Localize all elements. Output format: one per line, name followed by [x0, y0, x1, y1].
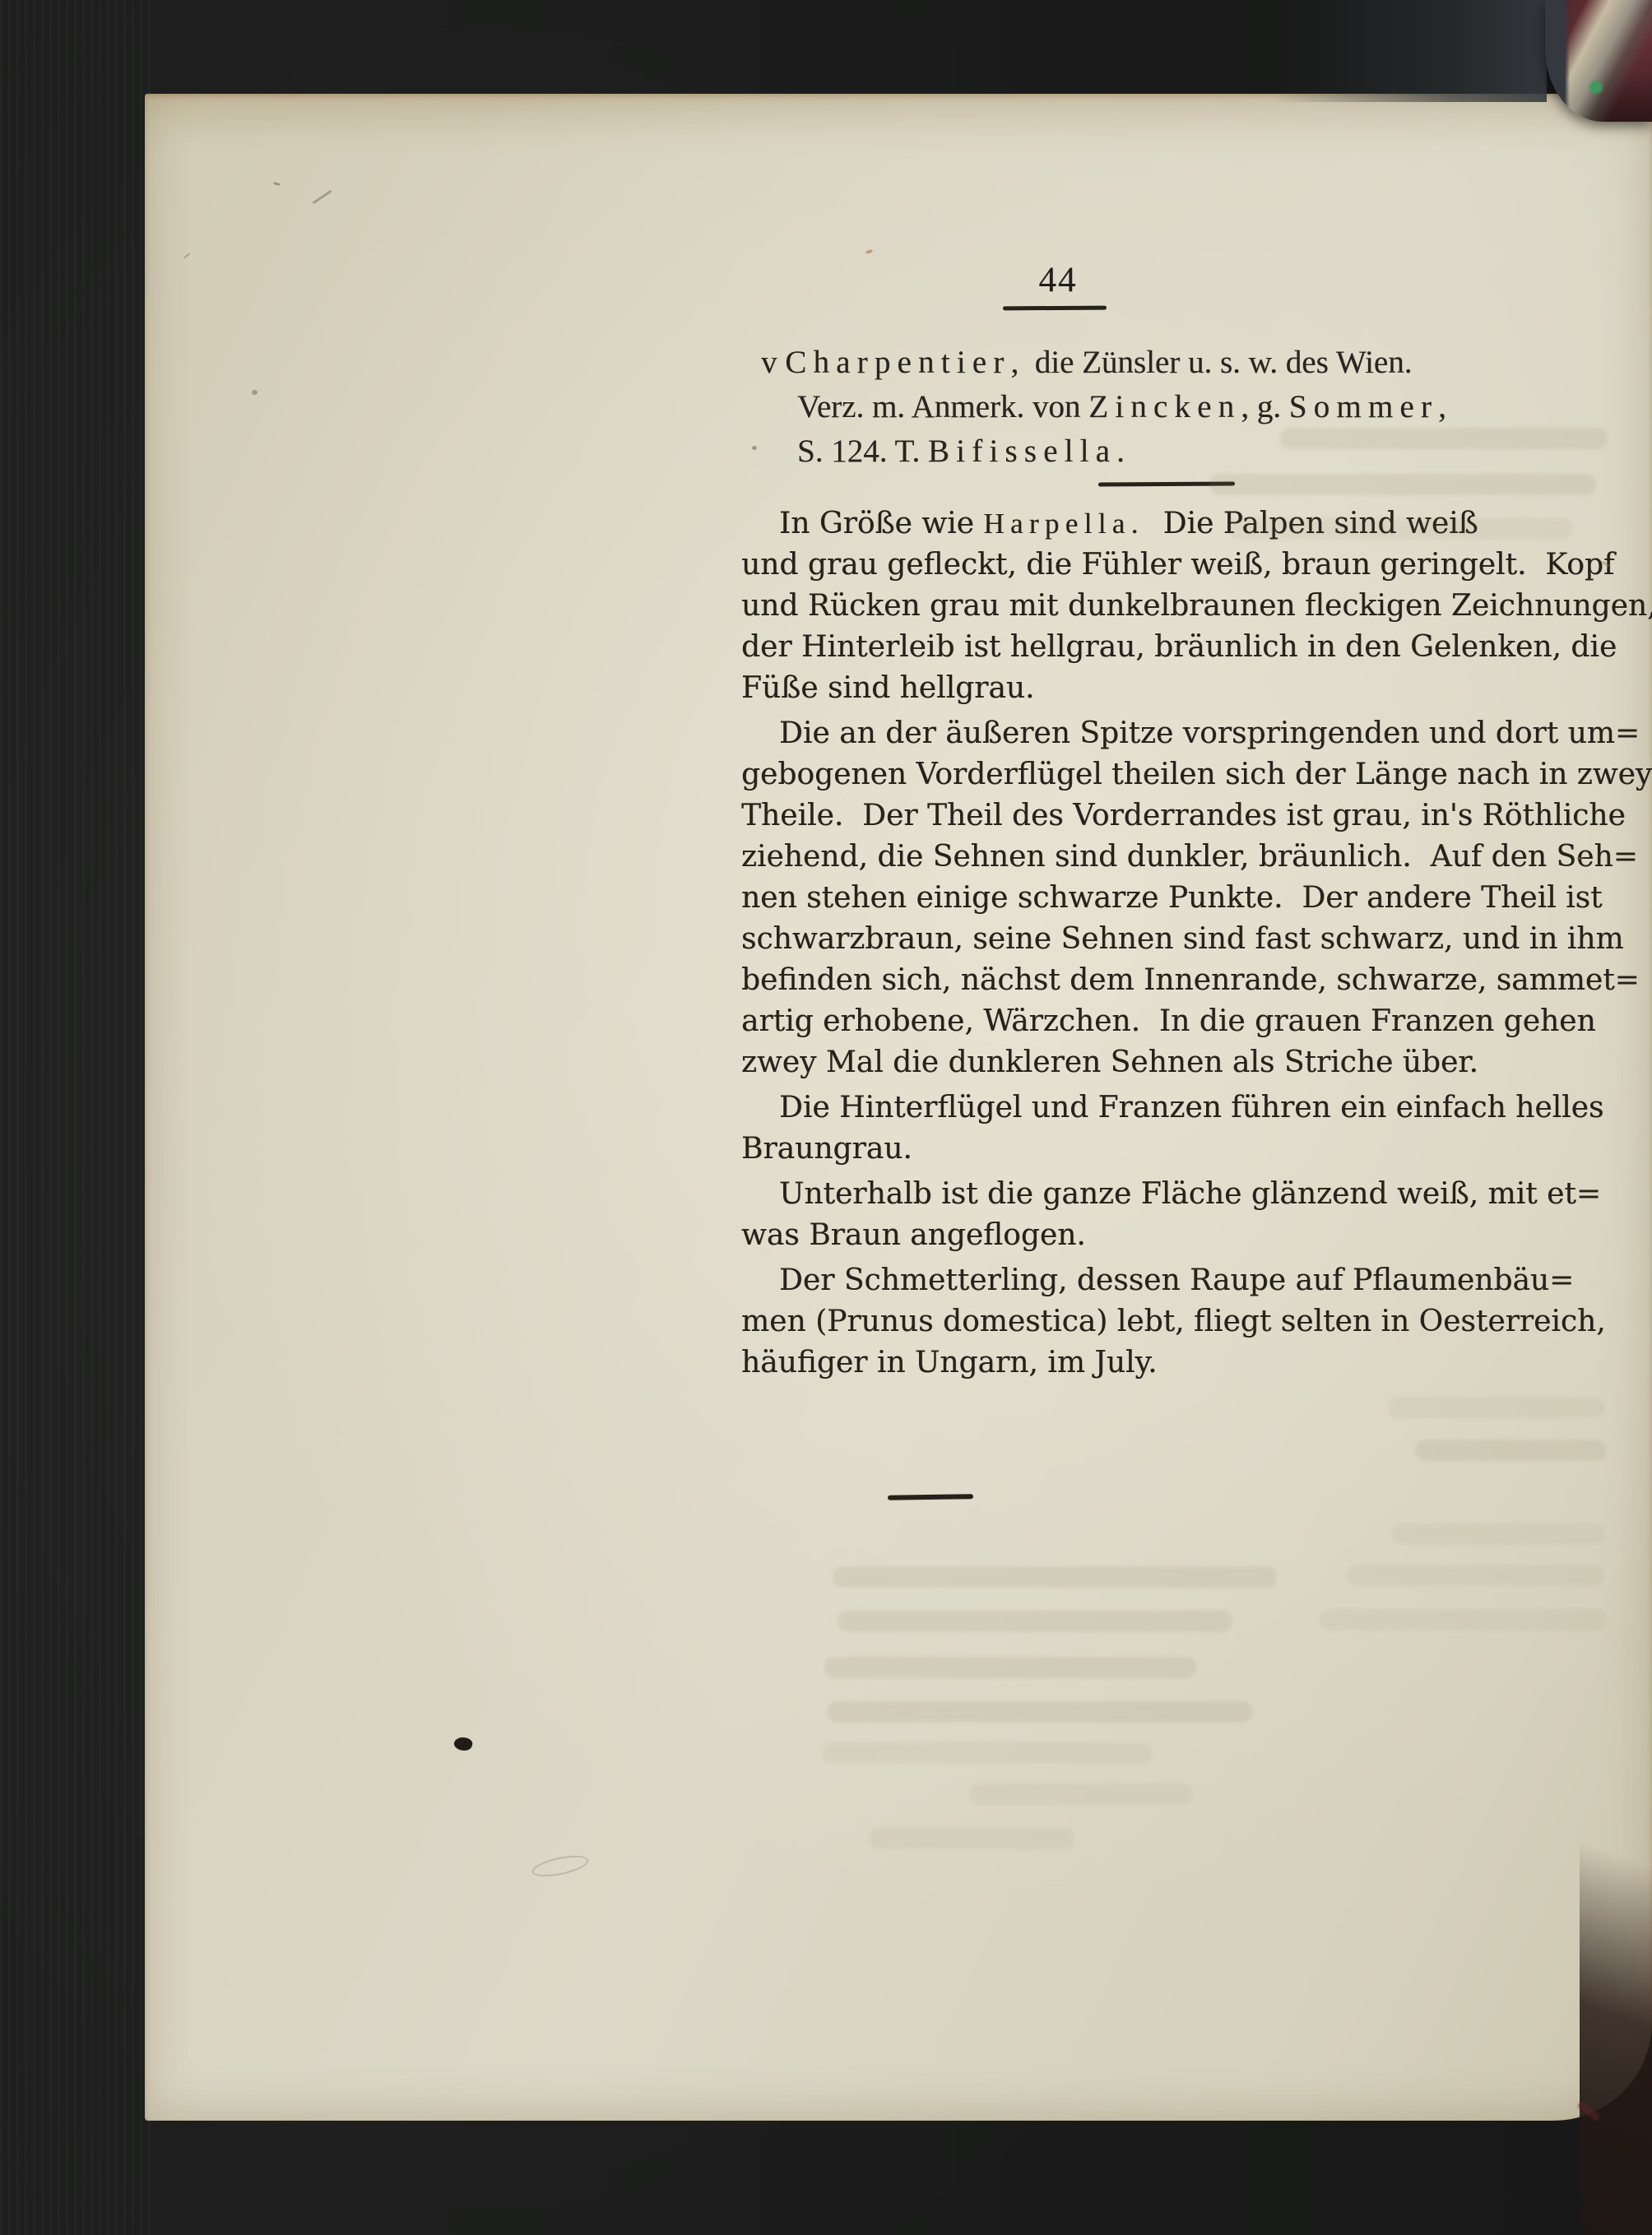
citation-text: Verz. m. Anmerk. von [797, 389, 1088, 424]
text-line: artig erhobene, Wärzchen. In die grauen … [741, 1001, 1589, 1042]
citation-text: S. 124. T. [797, 434, 928, 469]
paragraph-habitat: Der Schmetterling, dessen Raupe auf Pfla… [741, 1260, 1589, 1384]
text-line: und grau gefleckt, die Fühler weiß, brau… [741, 545, 1589, 586]
editor-name: Zincken [1088, 389, 1241, 424]
text-line: Unterhalb ist die ganze Fläche glänzend … [741, 1174, 1589, 1215]
show-through-line [823, 1742, 1152, 1764]
citation-text: , die Zünsler u. s. w. des Wien. [1010, 345, 1412, 380]
body-text: In Größe wie Harpella. Die Palpen sind w… [741, 503, 1589, 1384]
page-number-rule [1003, 306, 1107, 311]
paragraph-underside: Unterhalb ist die ganze Fläche glänzend … [741, 1174, 1589, 1256]
text-line: ziehend, die Sehnen sind dunkler, bräunl… [741, 837, 1589, 878]
show-through-line [1348, 1565, 1604, 1586]
text-line: Der Schmetterling, dessen Raupe auf Pfla… [741, 1260, 1589, 1301]
text-line: Füße sind hellgrau. [741, 668, 1589, 709]
show-through-line [828, 1701, 1252, 1723]
book-cover-corner [1580, 1840, 1652, 2235]
text-line: Theile. Der Theil des Vorderrandes ist g… [741, 795, 1589, 837]
paragraph-hindwings: Die Hinterflügel und Franzen führen ein … [741, 1087, 1589, 1170]
text-line: der Hinterleib ist hellgrau, bräunlich i… [741, 627, 1589, 668]
citation-text: , g. [1241, 389, 1289, 424]
author-name: Charpentier [785, 345, 1010, 380]
book-cover-edge [1275, 0, 1547, 102]
text-line: was Braun angeflogen. [741, 1215, 1589, 1256]
show-through-line [1320, 1609, 1606, 1630]
show-through-line [1389, 1397, 1604, 1418]
text-line: Die an der äußeren Spitze vorspringenden… [741, 713, 1589, 754]
margin-dot [252, 390, 258, 395]
paper-fleck [1576, 857, 1584, 860]
citation-line: v Charpentier, die Zünsler u. s. w. des … [761, 341, 1584, 385]
text-line: Die Hinterflügel und Franzen führen ein … [741, 1087, 1589, 1129]
page-scan: 44 v Charpentier, die Zünsler u. s. w. d… [0, 0, 1652, 2235]
text-line: zwey Mal die dunkleren Sehnen als Strich… [741, 1042, 1589, 1083]
show-through-line [969, 1783, 1193, 1805]
citation-line: Verz. m. Anmerk. von Zincken, g. Sommer, [761, 385, 1584, 429]
page-number: 44 [976, 260, 1140, 300]
text-line: und Rücken grau mit dunkelbraunen flecki… [741, 586, 1589, 627]
text-line: schwarzbraun, seine Sehnen sind fast sch… [741, 919, 1589, 960]
citation-block: v Charpentier, die Zünsler u. s. w. des … [761, 341, 1584, 474]
species-name: Harpella. [983, 508, 1144, 540]
show-through-line [833, 1566, 1277, 1588]
show-through-line [869, 1828, 1074, 1849]
text-line: men (Prunus domestica) lebt, fliegt selt… [741, 1301, 1589, 1342]
show-through-line [1392, 1523, 1604, 1545]
citation-text: v [761, 345, 785, 380]
margin-dot [752, 446, 757, 450]
text-line: gebogenen Vorderflügel theilen sich der … [741, 754, 1589, 795]
background-texture [0, 0, 156, 2235]
reference-name: Sommer [1289, 389, 1438, 424]
paragraph-forewings: Die an der äußeren Spitze vorspringenden… [741, 713, 1589, 1083]
text-line: Braungrau. [741, 1129, 1589, 1170]
show-through-line [1280, 428, 1608, 449]
species-name: Bifissella [928, 434, 1116, 469]
text-line: befinden sich, nächst dem Innenrande, sc… [741, 960, 1589, 1001]
show-through-line [838, 1611, 1232, 1632]
show-through-line [1415, 1440, 1606, 1461]
show-through-line [824, 1657, 1196, 1678]
citation-text: . [1116, 434, 1125, 469]
text-line: nen stehen einige schwarze Punkte. Der a… [741, 878, 1589, 919]
body-text-segment: In Größe wie [779, 507, 983, 540]
text-line: häufiger in Ungarn, im July. [741, 1342, 1589, 1384]
citation-text: , [1438, 389, 1446, 424]
show-through-line [1209, 474, 1596, 495]
show-through-line [1227, 518, 1573, 540]
